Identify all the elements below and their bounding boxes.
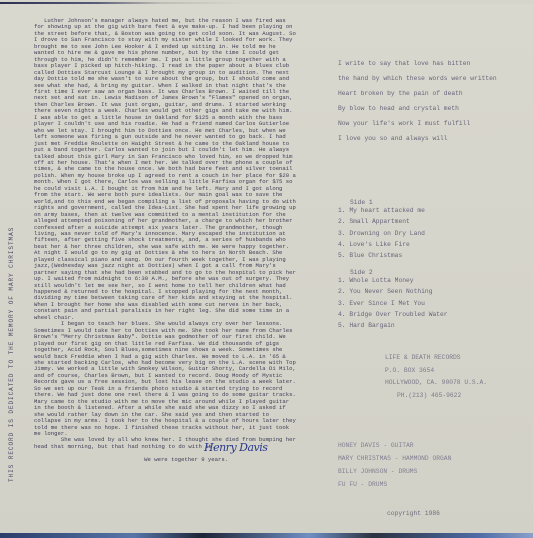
label-po-box: P.O. BOX 3654 xyxy=(385,367,487,380)
track-item: 4. Bridge Over Troubled Water xyxy=(338,311,448,322)
poem-line: Heart broken by the pain of death xyxy=(338,90,497,105)
bottom-cover-edge xyxy=(0,533,533,538)
letter-paragraph: Luther Johnson's manager always hated me… xyxy=(34,18,296,321)
track-item: 2. You Never Seen Nothing xyxy=(338,288,448,299)
track-item: 2. Small Appartment xyxy=(338,218,425,229)
top-cover-edge xyxy=(0,2,533,4)
track-item: 5. Hard Bargain xyxy=(338,322,448,333)
track-item: 1. Whole Lotta Money xyxy=(338,277,448,288)
liner-notes-sheet: THIS RECORD IS DEDICATED TO THE MEMORY O… xyxy=(0,2,533,533)
track-item: 1. My heart attacked me xyxy=(338,207,425,218)
closing-line: We were together 9 years. xyxy=(144,456,228,463)
record-label-address: LIFE & DEATH RECORDS P.O. BOX 3654 HOLLY… xyxy=(385,354,487,404)
label-name: LIFE & DEATH RECORDS xyxy=(385,354,487,367)
musician-credits: HONEY DAVIS - GUITAR MARY CHRISTMAS - HA… xyxy=(338,442,451,494)
poem-line: the hand by which these words were writt… xyxy=(338,75,497,90)
poem-line: I love you so and always will xyxy=(338,135,497,150)
poem-line: By blow to head and crystal meth xyxy=(338,105,497,120)
letter-body: Luther Johnson's manager always hated me… xyxy=(34,18,296,476)
label-phone: PH.(213) 465-9622 xyxy=(385,392,487,405)
track-item: 3. Ever Since I Met You xyxy=(338,300,448,311)
letter-closing: We were together 9 years. Henry Davis xyxy=(34,450,296,476)
dedication-vertical: THIS RECORD IS DEDICATED TO THE MEMORY O… xyxy=(8,227,15,482)
track-item: 5. Blue Christmas xyxy=(338,252,425,263)
poem: I write to say that love has bitten the … xyxy=(338,60,497,150)
credit-line: BILLY JOHNSON - DRUMS xyxy=(338,468,451,481)
side-1-title: Side 1 xyxy=(338,199,425,207)
copyright-notice: copyright 1986 xyxy=(387,510,440,517)
label-city: HOLLYWOOD, CA. 90078 U.S.A. xyxy=(385,379,487,392)
poem-line: I write to say that love has bitten xyxy=(338,60,497,75)
poem-line: Now your life's work I must fulfill xyxy=(338,120,497,135)
signature: Henry Davis xyxy=(204,445,267,451)
side-2-title: Side 2 xyxy=(338,269,448,277)
side-1-tracklist: Side 1 1. My heart attacked me 2. Small … xyxy=(338,199,425,263)
track-item: 4. Love's Like Fire xyxy=(338,241,425,252)
side-2-tracklist: Side 2 1. Whole Lotta Money 2. You Never… xyxy=(338,269,448,333)
track-item: 3. Drowning on Dry Land xyxy=(338,230,425,241)
credit-line: FU FU - DRUMS xyxy=(338,481,451,494)
credit-line: HONEY DAVIS - GUITAR xyxy=(338,442,451,455)
letter-paragraph: I began to teach her blues. She would al… xyxy=(34,321,296,437)
credit-line: MARY CHRISTMAS - HAMMOND ORGAN xyxy=(338,455,451,468)
